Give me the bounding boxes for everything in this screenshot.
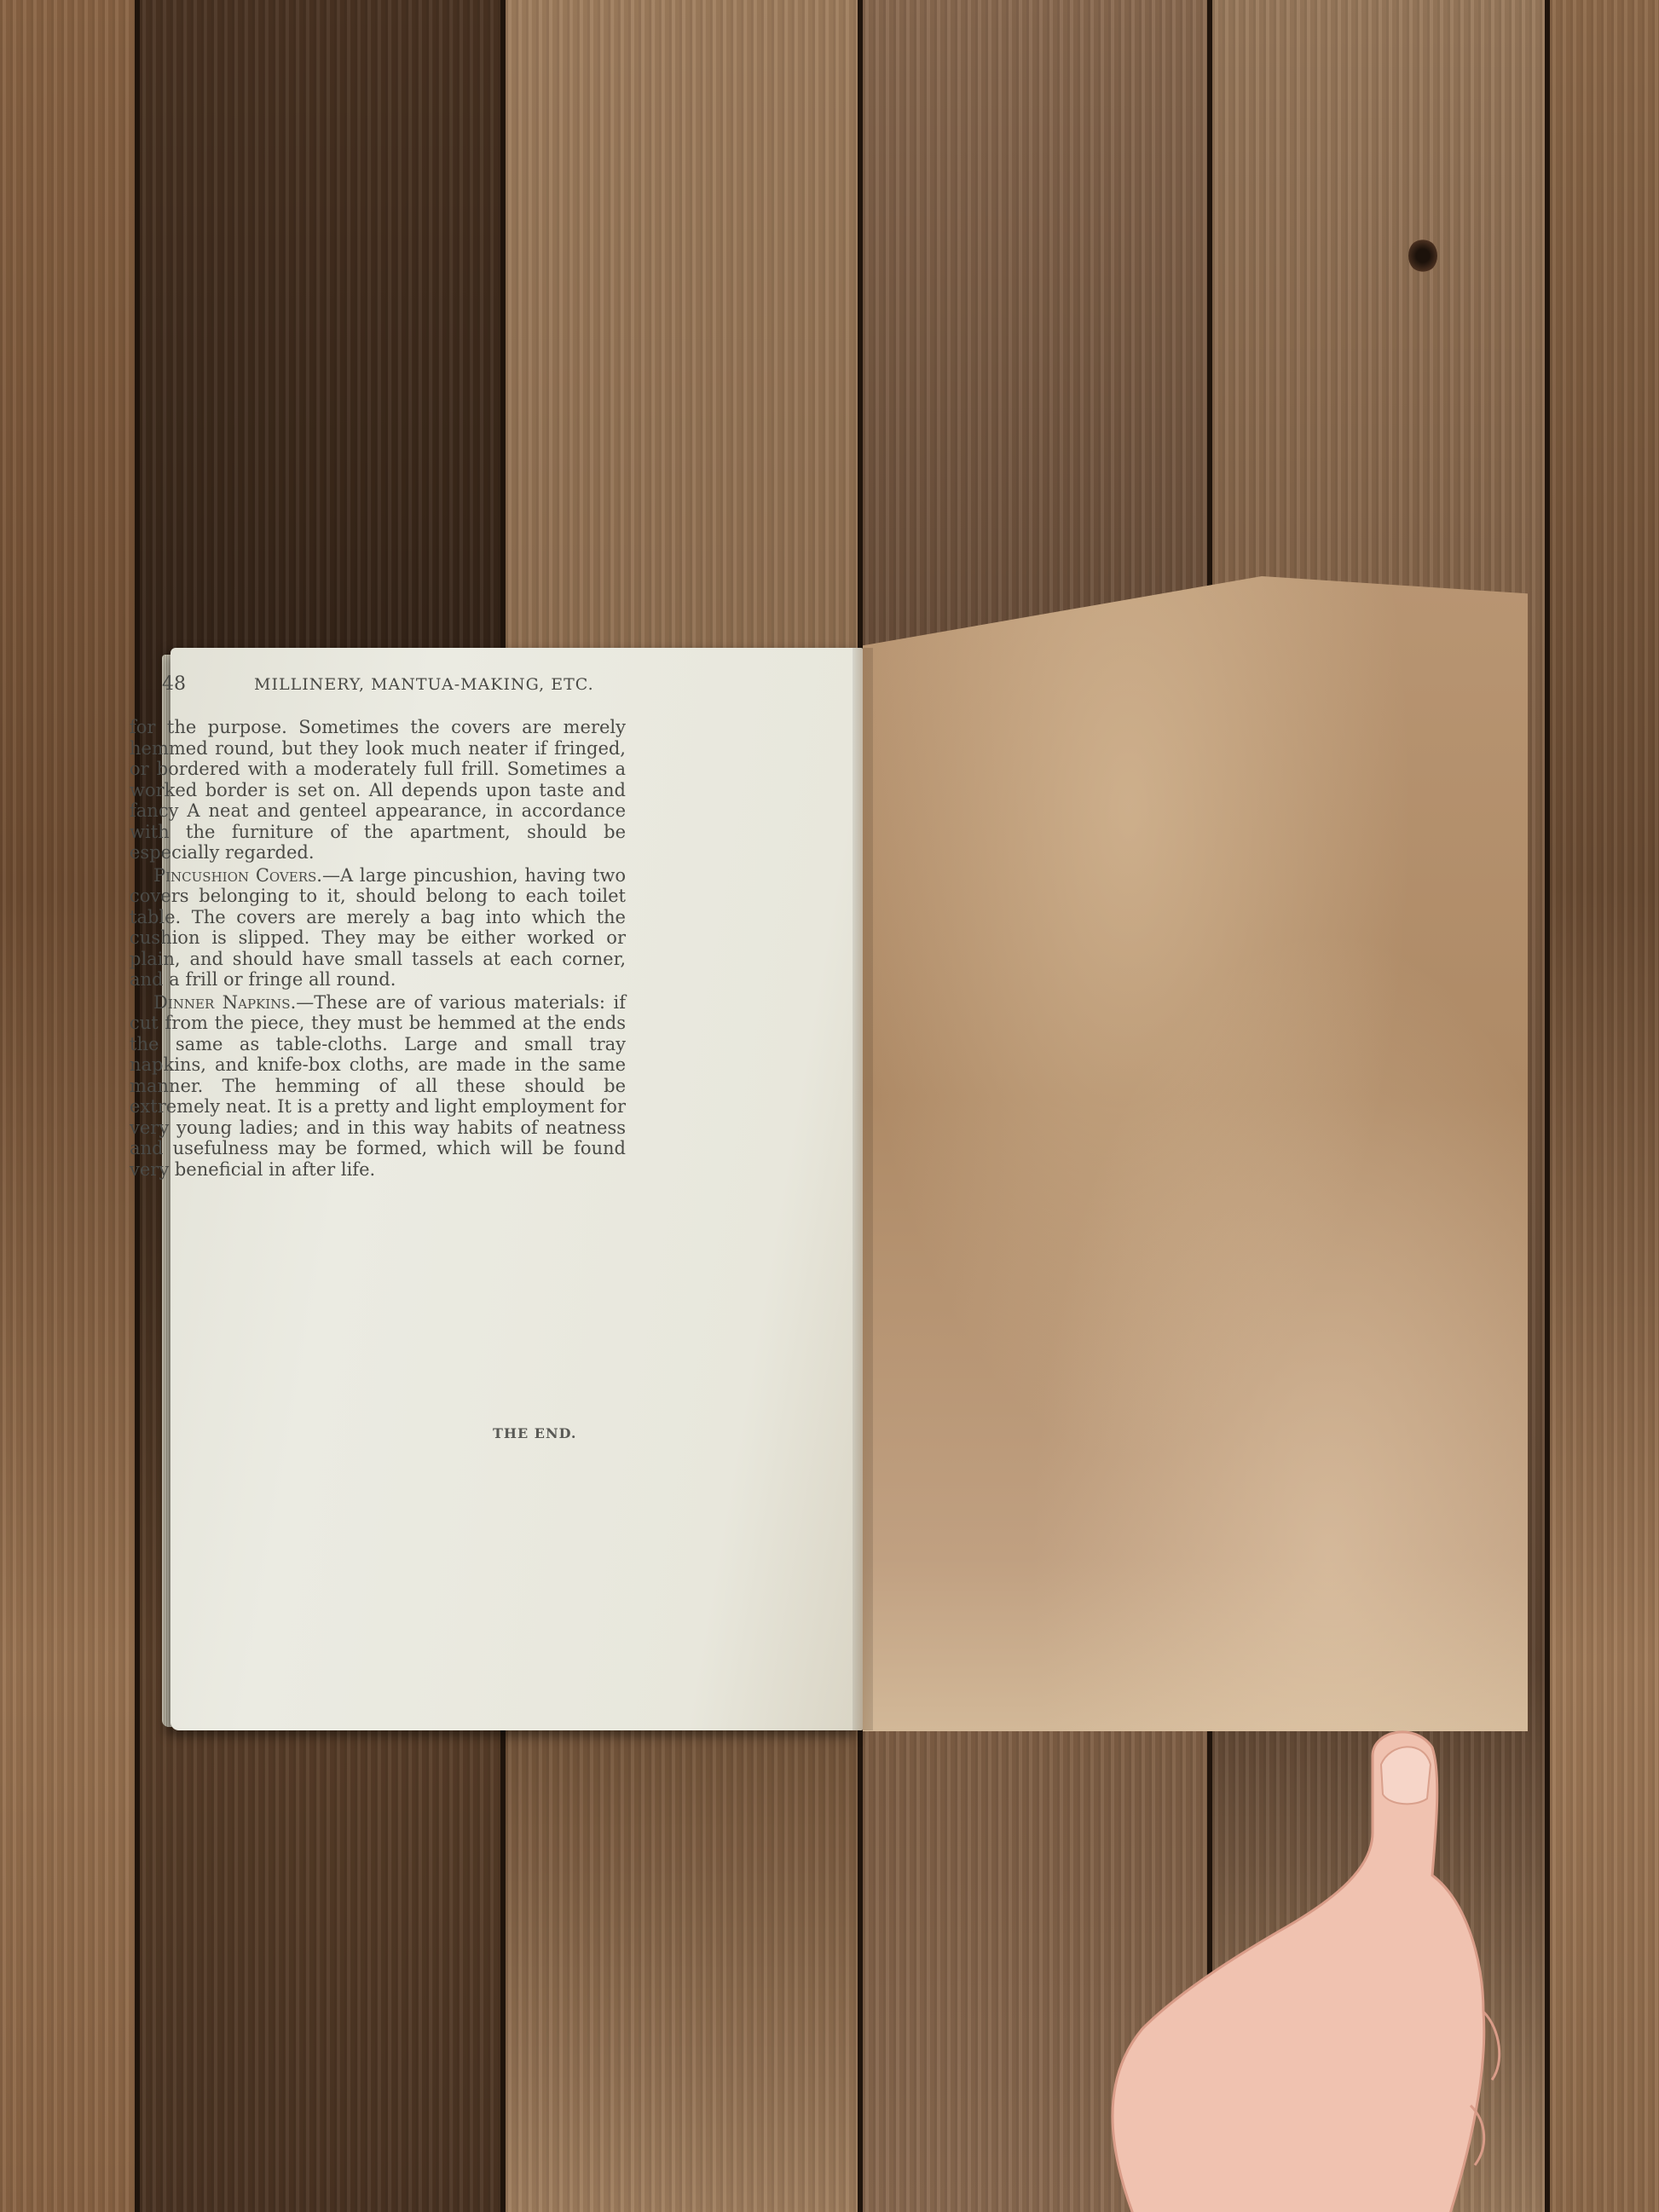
wood-knot <box>1408 239 1437 273</box>
paragraph-continuation: for the purpose. Sometimes the covers ar… <box>130 717 626 863</box>
running-header: 48 MILLINERY, MANTUA-MAKING, ETC. <box>130 673 626 695</box>
book-gutter <box>853 648 873 1730</box>
paragraph-pincushion-covers: Pincushion Covers.—A large pincushion, h… <box>130 865 626 990</box>
page-number: 48 <box>162 673 186 695</box>
paragraph-dinner-napkins: Dinner Napkins.—These are of various mat… <box>130 992 626 1181</box>
paragraph-text: for the purpose. Sometimes the covers ar… <box>130 717 626 863</box>
right-page-endpaper <box>863 576 1528 1731</box>
the-end-label: THE END. <box>493 1425 576 1441</box>
hand-icon <box>1006 1705 1517 2212</box>
section-heading: Dinner Napkins. <box>153 992 296 1013</box>
floor-plank <box>0 0 140 2212</box>
page-text: 48 MILLINERY, MANTUA-MAKING, ETC. for th… <box>130 673 626 1181</box>
floor-plank <box>1550 0 1659 2212</box>
running-head-title: MILLINERY, MANTUA-MAKING, ETC. <box>254 675 594 694</box>
paragraph-text: —These are of various materials: if cut … <box>130 992 626 1180</box>
section-heading: Pincushion Covers. <box>153 865 322 886</box>
